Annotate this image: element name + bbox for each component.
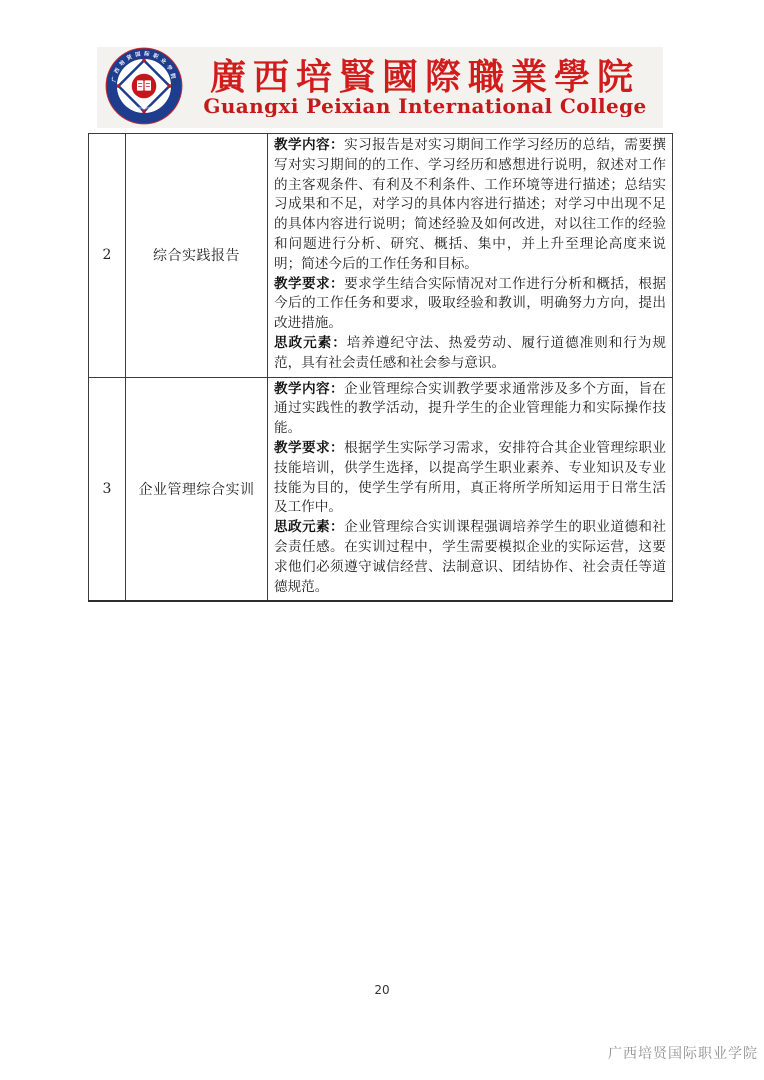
paragraph-ideology-element: 思政元素：培养遵纪守法、热爱劳动、履行道德准则和行为规范，具有社会责任感和社会参… <box>274 334 666 374</box>
paragraph-label: 思政元素： <box>274 335 347 351</box>
table-row: 3 企业管理综合实训 教学内容：企业管理综合实训教学要求通常涉及多个方面，旨在通… <box>89 377 673 601</box>
course-description-cell: 教学内容：企业管理综合实训教学要求通常涉及多个方面，旨在通过实践性的教学活动，提… <box>268 377 673 601</box>
paragraph-label: 教学要求： <box>274 440 344 456</box>
table-row: 2 综合实践报告 教学内容：实习报告是对实习期间工作学习经历的总结，需要撰写对实… <box>89 134 673 378</box>
row-number-cell: 2 <box>89 134 126 378</box>
paragraph-label: 思政元素： <box>274 519 344 535</box>
paragraph-label: 教学内容： <box>274 137 344 153</box>
college-title-block: 廣西培賢國際職業學院 Guangxi Peixian International… <box>183 58 663 118</box>
paragraph-teaching-requirement: 教学要求：要求学生结合实际情况对工作进行分析和概括，根据今后的工作任务和要求，吸… <box>274 275 666 334</box>
paragraph-text: 实习报告是对实习期间工作学习经历的总结，需要撰写对实习期间的的工作、学习经历和感… <box>274 137 666 272</box>
document-page: 广西培贤国际职业学院 GUANGXI PEIXIAN INTERNATIONAL… <box>0 0 764 1080</box>
college-name-chinese: 廣西培賢國際職業學院 <box>187 58 663 97</box>
college-logo: 广西培贤国际职业学院 GUANGXI PEIXIAN INTERNATIONAL… <box>105 47 183 129</box>
college-header-banner: 广西培贤国际职业学院 GUANGXI PEIXIAN INTERNATIONAL… <box>97 47 663 128</box>
paragraph-label: 教学内容： <box>274 381 344 397</box>
paragraph-ideology-element: 思政元素：企业管理综合实训课程强调培养学生的职业道德和社会责任感。在实训过程中，… <box>274 518 666 597</box>
paragraph-teaching-requirement: 教学要求：根据学生实际学习需求，安排符合其企业管理综职业技能培训，供学生选择，以… <box>274 439 666 518</box>
course-description-cell: 教学内容：实习报告是对实习期间工作学习经历的总结，需要撰写对实习期间的的工作、学… <box>268 134 673 378</box>
paragraph-label: 教学要求： <box>274 276 344 292</box>
college-logo-icon: 广西培贤国际职业学院 GUANGXI PEIXIAN INTERNATIONAL… <box>105 47 183 125</box>
course-table: 2 综合实践报告 教学内容：实习报告是对实习期间工作学习经历的总结，需要撰写对实… <box>88 133 673 602</box>
college-name-english: Guangxi Peixian International College <box>187 96 663 117</box>
paragraph-teaching-content: 教学内容：企业管理综合实训教学要求通常涉及多个方面，旨在通过实践性的教学活动，提… <box>274 380 666 439</box>
course-name-cell: 企业管理综合实训 <box>126 377 268 601</box>
paragraph-teaching-content: 教学内容：实习报告是对实习期间工作学习经历的总结，需要撰写对实习期间的的工作、学… <box>274 136 666 275</box>
logo-book-seal <box>132 73 157 98</box>
page-number: 20 <box>0 983 764 997</box>
footer-watermark: 广西培贤国际职业学院 <box>608 1043 758 1063</box>
row-number-cell: 3 <box>89 377 126 601</box>
course-name-cell: 综合实践报告 <box>126 134 268 378</box>
